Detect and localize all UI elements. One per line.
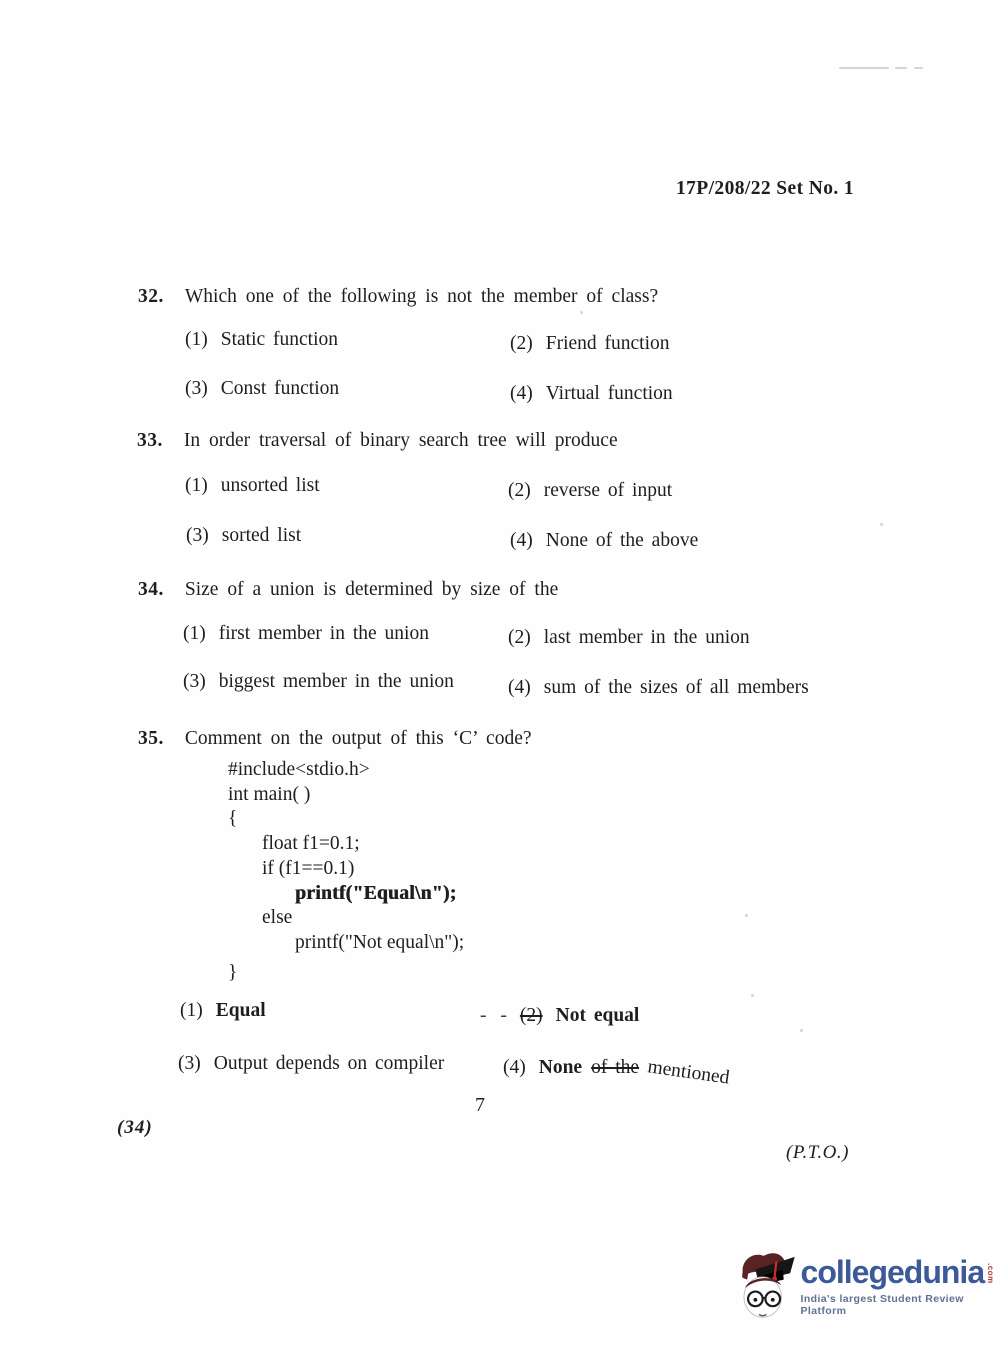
question-33-option-2: (2)reverse of input bbox=[508, 479, 672, 502]
option-text: sorted list bbox=[222, 525, 301, 546]
option-label: (1) bbox=[185, 329, 208, 350]
option-text: Output depends on compiler bbox=[214, 1053, 445, 1074]
logo-text-block: collegedunia .com India's largest Studen… bbox=[801, 1256, 1001, 1317]
collegedunia-logo: collegedunia .com India's largest Studen… bbox=[738, 1246, 1001, 1328]
option-text-struck: of the bbox=[591, 1057, 639, 1078]
question-34-option-3: (3)biggest member in the union bbox=[183, 670, 454, 693]
code-line: printf("Not equal\n"); bbox=[295, 931, 464, 956]
question-33-text: In order traversal of binary search tree… bbox=[184, 430, 618, 451]
option-text: Static function bbox=[221, 329, 338, 350]
option-label: (4) bbox=[503, 1057, 526, 1078]
scan-speck bbox=[745, 914, 748, 917]
page-number: 7 bbox=[475, 1093, 485, 1117]
collegedunia-mascot-icon bbox=[738, 1246, 797, 1328]
scan-dash-mark bbox=[839, 67, 889, 69]
question-34: 34.Size of a union is determined by size… bbox=[138, 578, 558, 601]
question-32-text: Which one of the following is not the me… bbox=[185, 286, 658, 307]
question-33-option-1: (1)unsorted list bbox=[185, 474, 320, 497]
option-label: (4) bbox=[510, 530, 533, 551]
option-text: None bbox=[539, 1057, 582, 1078]
exam-code-header: 17P/208/22 Set No. 1 bbox=[676, 177, 854, 200]
option-label: (2) bbox=[520, 1005, 543, 1026]
question-34-option-4: (4)sum of the sizes of all members bbox=[508, 676, 809, 699]
option-label: (2) bbox=[508, 480, 531, 501]
question-34-option-2: (2)last member in the union bbox=[508, 626, 750, 649]
question-35-option-1: (1)Equal bbox=[180, 999, 266, 1022]
code-line: #include<stdio.h> bbox=[228, 758, 464, 783]
scan-dash-mark bbox=[895, 67, 907, 69]
option-text: Const function bbox=[221, 378, 339, 399]
question-32-option-4: (4)Virtual function bbox=[510, 382, 673, 405]
c-code-block: #include<stdio.h> int main( ) { float f1… bbox=[228, 758, 464, 985]
code-line: float f1=0.1; bbox=[262, 832, 464, 857]
code-line: if (f1==0.1) bbox=[262, 857, 464, 882]
scan-speck bbox=[800, 1029, 803, 1032]
option-text: Friend function bbox=[546, 333, 670, 354]
question-35-text: Comment on the output of this ‘C’ code? bbox=[185, 728, 532, 749]
scan-dash-mark bbox=[914, 67, 923, 69]
option-text: None of the above bbox=[546, 530, 699, 551]
question-34-option-1: (1)first member in the union bbox=[183, 622, 429, 645]
brand-domain: .com bbox=[986, 1263, 994, 1284]
option-label: (4) bbox=[510, 383, 533, 404]
question-35-number: 35. bbox=[138, 728, 164, 749]
scan-speck bbox=[580, 311, 583, 314]
option-text: Virtual function bbox=[546, 383, 673, 404]
option-label: (3) bbox=[186, 525, 209, 546]
brand-tagline: India's largest Student Review Platform bbox=[801, 1293, 1001, 1317]
option-text-tail: mentioned bbox=[646, 1055, 731, 1090]
pto-note: (P.T.O.) bbox=[786, 1142, 849, 1165]
question-33-number: 33. bbox=[137, 430, 163, 451]
question-33: 33.In order traversal of binary search t… bbox=[137, 429, 618, 452]
question-32-number: 32. bbox=[138, 286, 164, 307]
option-label: (1) bbox=[180, 1000, 203, 1021]
question-35: 35.Comment on the output of this ‘C’ cod… bbox=[138, 727, 532, 750]
option-label: (3) bbox=[178, 1053, 201, 1074]
code-line: else bbox=[262, 906, 464, 931]
brand-name: collegedunia bbox=[801, 1256, 985, 1288]
question-32-option-1: (1)Static function bbox=[185, 328, 338, 351]
booklet-number: (34) bbox=[117, 1117, 153, 1140]
question-32-option-3: (3)Const function bbox=[185, 377, 339, 400]
option-text: Equal bbox=[216, 1000, 266, 1021]
option-label: (3) bbox=[183, 671, 206, 692]
question-32: 32.Which one of the following is not the… bbox=[138, 285, 658, 308]
question-35-option-4: (4)Noneof thementioned bbox=[503, 1056, 730, 1079]
question-32-option-2: (2)Friend function bbox=[510, 332, 670, 355]
option-label: (4) bbox=[508, 677, 531, 698]
scan-speck bbox=[751, 994, 754, 997]
option-label: (2) bbox=[510, 333, 533, 354]
option-label: (1) bbox=[185, 475, 208, 496]
question-34-number: 34. bbox=[138, 579, 164, 600]
code-line: { bbox=[228, 807, 464, 832]
question-35-option-3: (3)Output depends on compiler bbox=[178, 1052, 444, 1075]
code-line: int main( ) bbox=[228, 783, 464, 808]
code-line: printf("Equal\n"); bbox=[295, 882, 464, 907]
scan-speck bbox=[880, 523, 883, 526]
question-35-option-2: - -(2)Not equal bbox=[480, 1004, 639, 1027]
stray-pen-dashes: - - bbox=[480, 1005, 510, 1026]
option-text: first member in the union bbox=[219, 623, 429, 644]
option-label: (2) bbox=[508, 627, 531, 648]
question-33-option-3: (3)sorted list bbox=[186, 524, 301, 547]
option-text: unsorted list bbox=[221, 475, 320, 496]
exam-page: 17P/208/22 Set No. 1 32.Which one of the… bbox=[0, 0, 1001, 1356]
option-text: Not equal bbox=[556, 1005, 640, 1026]
option-text: biggest member in the union bbox=[219, 671, 454, 692]
option-label: (3) bbox=[185, 378, 208, 399]
question-34-text: Size of a union is determined by size of… bbox=[185, 579, 558, 600]
question-33-option-4: (4)None of the above bbox=[510, 529, 698, 552]
code-line: } bbox=[228, 961, 464, 986]
option-text: reverse of input bbox=[544, 480, 672, 501]
option-text: sum of the sizes of all members bbox=[544, 677, 809, 698]
option-label: (1) bbox=[183, 623, 206, 644]
option-text: last member in the union bbox=[544, 627, 750, 648]
